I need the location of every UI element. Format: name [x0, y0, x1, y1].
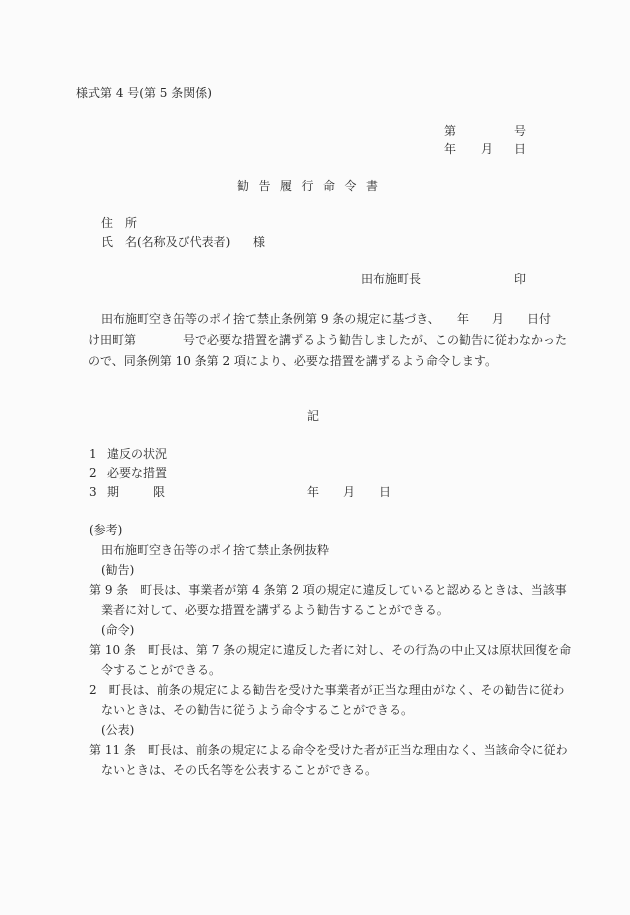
item-2-label: 必要な措置 [107, 466, 167, 480]
ordinance-title: 田布施町空き缶等のポイ捨て禁止条例抜粋 [101, 543, 329, 557]
reference-heading: (参考) [89, 523, 122, 537]
caption-publication: (公表) [101, 723, 134, 737]
article-9-line-2: 業者に対して、必要な措置を講ずるよう勧告することができる。 [101, 603, 449, 617]
article-10-para2-line-2: ないときは、その勧告に従うよう命令することができる。 [101, 703, 413, 717]
form-label: 様式第 4 号(第 5 条関係) [76, 86, 212, 100]
number-prefix: 第 [444, 124, 456, 138]
body-blank-month: 月 [492, 312, 504, 326]
date-day: 日 [514, 142, 526, 156]
caption-order: (命令) [101, 623, 134, 637]
body-line-2b: 号で必要な措置を講ずるよう勧告しましたが、この勧告に従わなかった [183, 333, 567, 347]
ki-heading: 記 [307, 409, 319, 423]
item-1-label: 違反の状況 [107, 447, 167, 461]
item-3-month: 月 [343, 485, 355, 499]
article-10-para2-line-1: 2 町長は、前条の規定による勧告を受けた事業者が正当な理由がなく、その勧告に従わ [89, 683, 564, 697]
article-10-line-1: 第 10 条 町長は、第 7 条の規定に違反した者に対し、その行為の中止又は原状… [89, 643, 571, 657]
article-10-line-2: 令することができる。 [101, 663, 221, 677]
name-label: 氏 名(名称及び代表者) [101, 235, 230, 249]
item-3-label-b: 限 [153, 485, 165, 499]
item-3-year: 年 [307, 485, 319, 499]
item-3-num: 3 [89, 485, 97, 499]
body-line-2a: け田町第 [88, 333, 136, 347]
date-month: 月 [481, 142, 493, 156]
address-label: 住 所 [101, 216, 137, 230]
item-3-day: 日 [379, 485, 391, 499]
article-9-line-1: 第 9 条 町長は、事業者が第 4 条第 2 項の規定に違反していると認めるとき… [89, 583, 567, 597]
item-3-label-a: 期 [107, 485, 119, 499]
item-2-num: 2 [89, 466, 97, 480]
body-line-3: ので、同条例第 10 条第 2 項により、必要な措置を講ずるよう命令します。 [88, 354, 497, 368]
date-year: 年 [444, 142, 456, 156]
article-11-line-2: ないときは、その氏名等を公表することができる。 [101, 763, 377, 777]
document-title: 勧告履行命令書 [237, 179, 388, 193]
issuer-seal: 印 [514, 272, 526, 286]
item-1-num: 1 [89, 447, 97, 461]
body-blank-day: 日付 [527, 312, 551, 326]
article-11-line-1: 第 11 条 町長は、前条の規定による命令を受けた者が正当な理由なく、当該命令に… [89, 743, 568, 757]
honorific: 様 [253, 235, 265, 249]
caption-recommendation: (勧告) [101, 563, 134, 577]
body-blank-year: 年 [457, 312, 469, 326]
number-suffix: 号 [514, 124, 526, 138]
issuer-name: 田布施町長 [361, 272, 421, 286]
body-line-1: 田布施町空き缶等のポイ捨て禁止条例第 9 条の規定に基づき、 [101, 312, 440, 326]
